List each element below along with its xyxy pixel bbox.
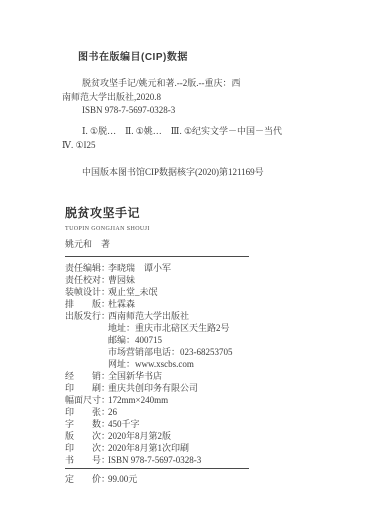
cip-record-line: ISBN 978-7-5697-0328-3: [62, 104, 241, 118]
colophon-row: 印 次： 2020年8月第1次印刷: [65, 442, 233, 454]
colophon-row-value: 西南师范大学出版社: [108, 310, 189, 322]
colophon-row: 市场营销部电话：023-68253705: [65, 346, 233, 358]
colophon-row-value: 2020年8月第2版: [108, 430, 171, 442]
book-title-pinyin: TUOPIN GONGJIAN SHOUJI: [65, 226, 150, 232]
colophon-row: 书 号： ISBN 978-7-5697-0328-3: [65, 454, 233, 466]
colophon-row-label: [65, 322, 108, 334]
cip-classification: Ⅰ. ①脱… Ⅱ. ①姚… Ⅲ. ①纪实文学－中国－当代 Ⅳ. ①I25: [62, 125, 282, 152]
colophon-row-label: [65, 358, 108, 370]
colophon-row-label: 版 次：: [65, 430, 108, 442]
colophon-row-label: 排 版：: [65, 298, 108, 310]
book-title: 脱贫攻坚手记: [65, 204, 150, 221]
colophon-list: 责任编辑： 李晓瑞 谭小军 责任校对： 曹园妹 装帧设计： 观止堂_未氓 排 版…: [65, 262, 233, 466]
colophon-row-value: 市场营销部电话：023-68253705: [108, 346, 233, 358]
cip-record-number: 中国版本图书馆CIP数据核字(2020)第121169号: [82, 165, 264, 178]
colophon-row: 装帧设计： 观止堂_未氓: [65, 286, 233, 298]
colophon-row-label: 责任编辑：: [65, 262, 108, 274]
colophon-row-label: 幅面尺寸：: [65, 394, 108, 406]
colophon-row-value: 2020年8月第1次印刷: [108, 442, 189, 454]
colophon-row-value: 邮编：400715: [108, 334, 162, 346]
divider-line-bottom: [65, 468, 249, 469]
colophon-row-label: 装帧设计：: [65, 286, 108, 298]
title-block: 脱贫攻坚手记 TUOPIN GONGJIAN SHOUJI 姚元和 著: [65, 204, 150, 250]
colophon-row: 经 销： 全国新华书店: [65, 370, 233, 382]
colophon-row-label: 印 刷：: [65, 382, 108, 394]
colophon-row-label: [65, 346, 108, 358]
book-author: 姚元和 著: [65, 237, 150, 250]
price-label: 定 价：: [65, 473, 108, 485]
colophon-row-value: 450千字: [108, 418, 140, 430]
colophon-row: 地址：重庆市北碚区天生路2号: [65, 322, 233, 334]
cip-record-line: 南师范大学出版社,2020.8: [62, 91, 241, 105]
colophon-row: 印 刷： 重庆共创印务有限公司: [65, 382, 233, 394]
colophon-row-value: 全国新华书店: [108, 370, 162, 382]
colophon-row-label: 字 数：: [65, 418, 108, 430]
cip-record: 脱贫攻坚手记/姚元和著.--2版.--重庆：西 南师范大学出版社,2020.8 …: [62, 77, 241, 118]
colophon-row: 幅面尺寸： 172mm×240mm: [65, 394, 233, 406]
colophon-row-label: [65, 334, 108, 346]
colophon-row-value: 曹园妹: [108, 274, 135, 286]
colophon-row: 网址：www.xscbs.com: [65, 358, 233, 370]
colophon-row-label: 出版发行：: [65, 310, 108, 322]
colophon-row: 责任校对： 曹园妹: [65, 274, 233, 286]
colophon-row-label: 经 销：: [65, 370, 108, 382]
colophon-row: 排 版： 杜霖森: [65, 298, 233, 310]
colophon-row-label: 书 号：: [65, 454, 108, 466]
divider-line-top: [65, 256, 249, 257]
price-row: 定 价： 99.00元: [65, 473, 137, 485]
colophon-row-value: 李晓瑞 谭小军: [108, 262, 171, 274]
cip-header: 图书在版编目(CIP)数据: [78, 48, 188, 63]
cip-classification-line: Ⅰ. ①脱… Ⅱ. ①姚… Ⅲ. ①纪实文学－中国－当代: [62, 125, 282, 139]
colophon-row-value: ISBN 978-7-5697-0328-3: [108, 454, 201, 466]
colophon-row-value: 网址：www.xscbs.com: [108, 358, 194, 370]
colophon-row: 版 次： 2020年8月第2版: [65, 430, 233, 442]
book-copyright-page: 图书在版编目(CIP)数据 脱贫攻坚手记/姚元和著.--2版.--重庆：西 南师…: [0, 0, 375, 524]
colophon-row-label: 责任校对：: [65, 274, 108, 286]
colophon-row-value: 地址：重庆市北碚区天生路2号: [108, 322, 230, 334]
colophon-row-value: 杜霖森: [108, 298, 135, 310]
colophon-row-value: 172mm×240mm: [108, 394, 168, 406]
colophon-row-value: 26: [108, 406, 117, 418]
cip-classification-line: Ⅳ. ①I25: [62, 139, 282, 153]
colophon-row-label: 印 次：: [65, 442, 108, 454]
colophon-row: 责任编辑： 李晓瑞 谭小军: [65, 262, 233, 274]
cip-record-line: 脱贫攻坚手记/姚元和著.--2版.--重庆：西: [62, 77, 241, 91]
price-value: 99.00元: [108, 473, 137, 485]
colophon-row: 出版发行： 西南师范大学出版社: [65, 310, 233, 322]
colophon-row-value: 重庆共创印务有限公司: [108, 382, 198, 394]
colophon-row: 印 张： 26: [65, 406, 233, 418]
colophon-row: 字 数： 450千字: [65, 418, 233, 430]
colophon-row-label: 印 张：: [65, 406, 108, 418]
colophon-row: 邮编：400715: [65, 334, 233, 346]
colophon-row-value: 观止堂_未氓: [108, 286, 158, 298]
